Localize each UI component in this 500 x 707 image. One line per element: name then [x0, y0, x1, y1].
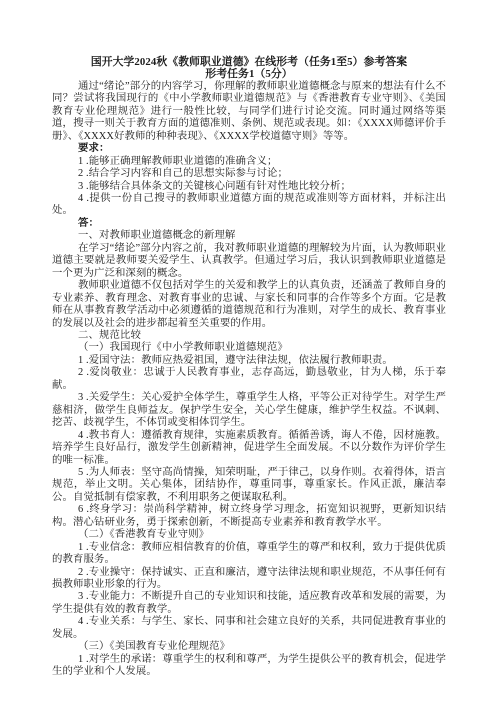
document-content: 国开大学2024秋《教师职业道德》在线形考（任务1至5）参考答案 形考任务1（5…	[52, 56, 446, 679]
subsection-2-heading: （二）《香港教育专业守则》	[52, 529, 446, 541]
requirement-item-1: 1 .能够正确理解教师职业道德的准确含义；	[52, 156, 446, 168]
answer-label: 答：	[52, 218, 446, 230]
china-norm-item-4: 4 .教书育人：遵循教育规律，实施素质教育。循循善诱，诲人不倦，因材施教。培养学…	[52, 430, 446, 467]
requirements-label: 要求：	[52, 143, 446, 155]
answer-paragraph-2: 教师职业道德不仅包括对学生的关爱和教学上的认真负责，还涵盖了教师自身的专业素养、…	[52, 280, 446, 330]
document-body: 通过“绪论”部分的内容学习，你理解的教师职业道德概念与原来的想法有什么不同？尝试…	[52, 81, 446, 679]
hk-norm-item-4: 4 .专业关系：与学生、家长、同事和社会建立良好的关系，共同促进教育事业的发展。	[52, 616, 446, 641]
hk-norm-item-2: 2 .专业操守：保持诚实、正直和廉洁，遵守法律法规和职业规范，不从事任何有损教师…	[52, 567, 446, 592]
requirement-item-3: 3 .能够结合具体条文的关键核心问题有针对性地比较分析；	[52, 181, 446, 193]
us-norm-item-1: 1 .对学生的承诺：尊重学生的权利和尊严，为学生提供公平的教育机会，促进学生的学…	[52, 654, 446, 679]
hk-norm-item-1: 1 .专业信念：教师应相信教育的价值，尊重学生的尊严和权利，致力于提供优质的教育…	[52, 542, 446, 567]
china-norm-item-6: 6 .终身学习：崇尚科学精神，树立终身学习理念，拓宽知识视野，更新知识结构。潜心…	[52, 504, 446, 529]
document-subtitle: 形考任务1（5分）	[52, 68, 446, 80]
question-paragraph: 通过“绪论”部分的内容学习，你理解的教师职业道德概念与原来的想法有什么不同？尝试…	[52, 81, 446, 143]
china-norm-item-1: 1 .爱国守法：教师应热爱祖国，遵守法律法规，依法履行教师职责。	[52, 355, 446, 367]
requirement-item-2: 2 .结合学习内容和自己的思想实际参与讨论；	[52, 168, 446, 180]
document-page: 国开大学2024秋《教师职业道德》在线形考（任务1至5）参考答案 形考任务1（5…	[0, 0, 500, 707]
section-2-heading: 二、规范比较	[52, 330, 446, 342]
hk-norm-item-3: 3 .专业能力：不断提升自己的专业知识和技能，适应教育改革和发展的需要，为学生提…	[52, 591, 446, 616]
subsection-1-heading: （一）我国现行《中小学教师职业道德规范》	[52, 342, 446, 354]
answer-paragraph-1: 在学习“绪论”部分内容之前，我对教师职业道德的理解较为片面，认为教师职业道德主要…	[52, 243, 446, 280]
subsection-3-heading: （三）《美国教育专业伦理规范》	[52, 641, 446, 653]
requirement-item-4: 4 .提供一份自己搜寻的教师职业道德方面的规范或准则等方面材料，并标注出处。	[52, 193, 446, 218]
china-norm-item-2: 2 .爱岗敬业：忠诚于人民教育事业，志存高远，勤恳敬业，甘为人梯，乐于奉献。	[52, 367, 446, 392]
document-title: 国开大学2024秋《教师职业道德》在线形考（任务1至5）参考答案	[52, 56, 446, 68]
section-1-heading: 一、对教师职业道德概念的新理解	[52, 230, 446, 242]
china-norm-item-5: 5 .为人师表：坚守高尚情操，知荣明耻，严于律己，以身作则。衣着得体，语言规范，…	[52, 467, 446, 504]
china-norm-item-3: 3 .关爱学生：关心爱护全体学生，尊重学生人格，平等公正对待学生。对学生严慈相济…	[52, 392, 446, 429]
